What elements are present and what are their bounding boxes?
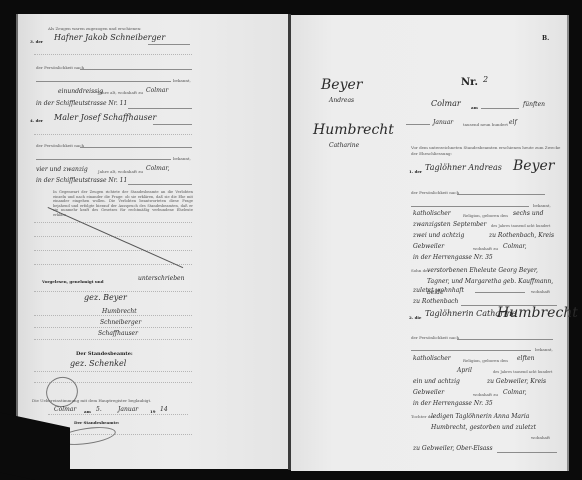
witness-4-age: vier und zwanzig (36, 166, 88, 173)
groom-occupation-name: Taglöhner Andreas (425, 163, 502, 172)
witness-3-address: in der Schiffleutstrasse Nr. 11 (36, 100, 127, 107)
bride-residence: Colmar, (503, 389, 527, 396)
marriage-day: fünften (523, 101, 545, 108)
signature-3: Schneiberger (100, 319, 141, 326)
fill-line (36, 81, 171, 82)
witness-3-residence: Colmar (146, 87, 168, 94)
legal-paragraph: In Gegenwart der Zeugen richtete der Sta… (53, 190, 193, 218)
bride-birth-day: elften (517, 355, 535, 362)
rule (34, 54, 192, 55)
fill-line (475, 292, 525, 293)
witness-3-marker: 3. der (30, 39, 43, 44)
groom-parents-tail: zuletzt wohnhaft (413, 287, 464, 294)
groom-birth-place: zu Rothenbach, Kreis (489, 232, 554, 239)
left-page: Als Zeugen waren zugezogen und erschiene… (16, 14, 290, 469)
fill-line (153, 124, 192, 125)
groom-birth-district: Gebweiler (413, 243, 444, 250)
registrar-label: Der Standesbeamte: (76, 351, 133, 357)
registrar-signature: gez. Schenkel (70, 359, 126, 368)
rule (34, 250, 192, 251)
groom-residence-label: wohnhaft zu (473, 246, 498, 251)
fill-line (411, 206, 529, 207)
cert-place: Colmar (54, 406, 76, 413)
right-page: B. Beyer Andreas Humbrecht Catharine Nr.… (291, 15, 569, 471)
cert-registrar-label: Der Standesbeamte: (74, 420, 119, 425)
witness-4-marker: 4. der (30, 118, 43, 123)
margin-groom-given: Andreas (329, 97, 354, 104)
cert-month: Januar (118, 406, 138, 413)
witness-header: Als Zeugen waren zugezogen und erschiene… (48, 26, 141, 31)
bride-parents: ledigen Taglöhnerin Anna Maria Humbrecht… (431, 411, 557, 433)
rule (34, 291, 192, 292)
margin-bride-given: Catharine (329, 142, 359, 149)
fill-line (497, 452, 557, 453)
section-letter: B. (542, 35, 549, 42)
groom-surname: Beyer (513, 158, 554, 174)
bride-religion: katholischer (413, 355, 451, 362)
witness-3-known-suffix: bekannt, (173, 78, 191, 83)
rule (34, 315, 192, 316)
rule (34, 134, 192, 135)
bride-religion-label: Religion, geboren den (463, 358, 508, 363)
bride-marker: 2. die (409, 315, 421, 320)
groom-birth-month: September (453, 221, 486, 228)
bride-parents-place: zu Gebweiler, Ober-Elsass (413, 445, 493, 452)
signature-4: Schaffhauser (98, 330, 138, 337)
groom-religion: katholischer (413, 210, 451, 217)
bride-birth-year-label: des Jahres tausend acht hundert (493, 370, 552, 374)
intro-text: Vor dem unterzeichneten Standesbeamten e… (411, 145, 561, 157)
witness-3-name: Hafner Jakob Schneiberger (54, 33, 165, 42)
witness-4-identity-label: der Persönlichkeit nach (36, 143, 84, 148)
witness-4-residence: Colmar, (146, 165, 170, 172)
marriage-month: Januar (433, 119, 453, 126)
bride-birth-month: April (457, 367, 472, 374)
rule (48, 414, 188, 415)
witness-4-known-suffix: bekannt, (173, 156, 191, 161)
fill-line (406, 124, 430, 125)
bride-birth-district: Gebweiler (413, 389, 444, 396)
groom-birth-day2: zwanzigsten (413, 221, 451, 228)
witness-4-age-label: Jahre alt, wohnhaft zu (98, 169, 143, 174)
fill-line (457, 194, 545, 195)
fill-line (411, 350, 531, 351)
groom-known-suffix: bekannt, (533, 203, 551, 208)
groom-residence: Colmar, (503, 243, 527, 250)
witness-4-name: Maler Josef Schaffhauser (54, 113, 156, 122)
marriage-year-words: elf (509, 119, 517, 126)
rule (34, 371, 192, 372)
signed-word: unterschrieben (138, 275, 184, 282)
marriage-place: Colmar (431, 99, 461, 108)
witness-3-age-label: Jahre alt, wohnhaft zu (98, 90, 143, 95)
fill-line (148, 44, 190, 45)
groom-religion-label: Religion, geboren den (463, 213, 508, 218)
bride-birth-year: ein und achtzig (413, 378, 460, 385)
fill-line (80, 69, 192, 70)
witness-4-address: in der Schiffleutstrasse Nr. 11 (36, 177, 127, 184)
fill-line (457, 339, 553, 340)
am-label: am (471, 105, 478, 110)
signature-2: Humbrecht (102, 308, 137, 315)
rule (34, 339, 192, 340)
witness-3-age: einunddreissig (58, 88, 103, 95)
rule (34, 264, 192, 265)
groom-birth-year-label: des Jahres tausend acht hundert (491, 224, 550, 228)
fill-line (128, 108, 192, 109)
entry-number: 2 (483, 75, 488, 84)
bride-birth-place: zu Gebweiler, Kreis (487, 378, 546, 385)
groom-address: in der Herrengasse Nr. 35 (413, 254, 493, 261)
entry-number-label: Nr. (461, 77, 478, 88)
fill-line (80, 147, 192, 148)
fill-line (128, 184, 192, 185)
read-approved-label: Vorgelesen, genehmigt und (42, 279, 104, 284)
fill-line (481, 108, 519, 109)
signature-1: gez. Beyer (84, 293, 127, 302)
groom-wohnhaft-label: wohnhaft (531, 289, 550, 294)
margin-bride-surname: Humbrecht (313, 122, 394, 138)
certification-label: Die Uebereinstimmung mit dem Hauptregist… (32, 398, 151, 403)
groom-parents-place: zu Rothenbach (413, 298, 458, 305)
groom-identity-label: der Persönlichkeit nach (411, 190, 459, 195)
margin-groom-surname: Beyer (321, 77, 362, 93)
rule (34, 327, 192, 328)
witness-3-identity-label: der Persönlichkeit nach (36, 65, 84, 70)
fill-line (36, 159, 171, 160)
cert-day: 5. (96, 406, 102, 413)
bride-parents-tail: wohnhaft (531, 435, 550, 440)
bride-identity-label: der Persönlichkeit nach (411, 335, 459, 340)
bride-address: in der Herrengasse Nr. 35 (413, 400, 493, 407)
groom-birth-year: zwei und achtzig (413, 232, 464, 239)
groom-birth-day: sechs und (513, 210, 543, 217)
year-label: tausend neun hundert (463, 122, 508, 127)
cert-year: 14 (160, 406, 168, 413)
groom-marker: 1. der (409, 169, 422, 174)
bride-known-suffix: bekannt, (535, 347, 553, 352)
bride-residence-label: wohnhaft zu (473, 392, 498, 397)
bride-surname: Humbrecht (497, 305, 578, 321)
rule (34, 222, 192, 223)
